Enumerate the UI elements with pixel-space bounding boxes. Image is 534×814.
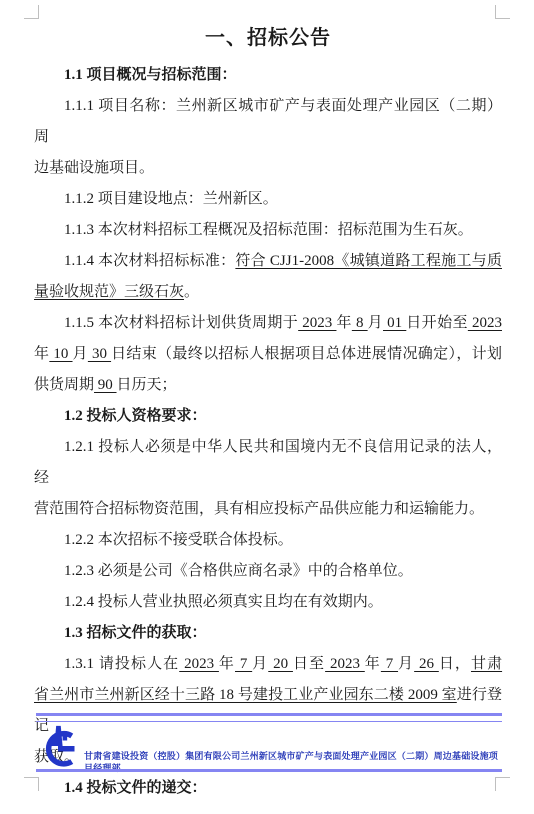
- text-segment: 日结束（最终以招标人根据项目总体进展情况确定），计划: [111, 346, 502, 362]
- underlined-text: 符合 CJJ1-2008《城镇道路工程施工与质: [235, 253, 502, 269]
- text-segment: 月: [398, 656, 414, 672]
- text-line: 供货周期 90 日历天；: [34, 370, 502, 401]
- underlined-text: 2023: [325, 656, 365, 672]
- section-heading: 1.2 投标人资格要求：: [34, 401, 502, 432]
- underlined-text: 01: [383, 315, 406, 331]
- underlined-text: 量验收规范》三级石灰: [34, 284, 184, 300]
- footer-top-divider: [36, 713, 502, 722]
- text-segment: 1.2.4 投标人营业执照必须真实且均在有效期内。: [64, 594, 383, 610]
- text-line: 1.2.2 本次招标不接受联合体投标。: [34, 525, 502, 556]
- text-line: 营范围符合招标物资范围，具有相应投标产品供应能力和运输能力。: [34, 494, 502, 525]
- text-segment: 日至: [293, 656, 325, 672]
- text-segment: 月: [73, 346, 88, 362]
- underlined-text: 省兰州市兰州新区经十三路 18 号建投工业产业园东二楼 2009 室: [34, 687, 457, 703]
- section-heading: 1.1 项目概况与招标范围：: [34, 60, 502, 91]
- section-heading: 1.4 投标文件的递交：: [34, 773, 502, 804]
- text-segment: 1.2.2 本次招标不接受联合体投标。: [64, 532, 293, 548]
- underlined-text: 90: [94, 377, 117, 393]
- text-segment: 边基础设施项目。: [34, 160, 154, 176]
- text-line: 1.1.1 项目名称：兰州新区城市矿产与表面处理产业园区（二期）周: [34, 91, 502, 153]
- text-segment: 供货周期: [34, 377, 94, 393]
- text-segment: 1.1.4 本次材料招标标准：: [64, 253, 235, 269]
- page-corner-mark-top-left: [24, 5, 39, 19]
- underlined-text: 26: [414, 656, 439, 672]
- text-line: 1.1 项目概况与招标范围：: [34, 60, 502, 91]
- text-segment: 1.4 投标文件的递交：: [64, 780, 207, 796]
- underlined-text: 甘肃: [471, 656, 502, 672]
- text-segment: 年: [34, 346, 49, 362]
- paragraph: 1.1.1 项目名称：兰州新区城市矿产与表面处理产业园区（二期）周边基础设施项目…: [34, 91, 502, 184]
- text-line: 1.3 招标文件的获取：: [34, 618, 502, 649]
- underlined-text: 7: [235, 656, 252, 672]
- text-segment: 日开始至: [406, 315, 468, 331]
- footer-bottom-divider: [36, 769, 502, 772]
- text-line: 年 10 月 30 日结束（最终以招标人根据项目总体进展情况确定），计划: [34, 339, 502, 370]
- text-segment: 1.2.1 投标人必须是中华人民共和国境内无不良信用记录的法人，经: [34, 439, 502, 486]
- text-segment: 。: [184, 284, 199, 300]
- text-line: 1.2.3 必须是公司《合格供应商名录》中的合格单位。: [34, 556, 502, 587]
- text-line: 1.1.4 本次材料招标标准：符合 CJJ1-2008《城镇道路工程施工与质: [34, 246, 502, 277]
- text-segment: 年: [219, 656, 235, 672]
- section-heading: 1.3 招标文件的获取：: [34, 618, 502, 649]
- page-title: 一、招标公告: [34, 20, 502, 56]
- text-line: 1.2 投标人资格要求：: [34, 401, 502, 432]
- text-segment: 年: [365, 656, 381, 672]
- text-segment: 1.1.1 项目名称：兰州新区城市矿产与表面处理产业园区（二期）周: [34, 98, 502, 145]
- text-segment: 1.2 投标人资格要求：: [64, 408, 207, 424]
- underlined-text: 2023: [468, 315, 502, 331]
- underlined-text: 2023: [298, 315, 336, 331]
- gansu-jiantou-logo: [36, 723, 80, 769]
- text-segment: 营范围符合招标物资范围，具有相应投标产品供应能力和运输能力。: [34, 501, 484, 517]
- text-line: 1.1.2 项目建设地点：兰州新区。: [34, 184, 502, 215]
- paragraph: 1.2.2 本次招标不接受联合体投标。: [34, 525, 502, 556]
- page-corner-mark-top-right: [495, 5, 510, 19]
- text-segment: 1.1.3 本次材料招标工程概况及招标范围：招标范围为生石灰。: [64, 222, 473, 238]
- text-segment: 1.3 招标文件的获取：: [64, 625, 207, 641]
- paragraph-container: 1.1 项目概况与招标范围：1.1.1 项目名称：兰州新区城市矿产与表面处理产业…: [34, 60, 502, 804]
- underlined-text: 2023: [179, 656, 219, 672]
- text-line: 省兰州市兰州新区经十三路 18 号建投工业产业园东二楼 2009 室进行登记: [34, 680, 502, 742]
- text-line: 量验收规范》三级石灰。: [34, 277, 502, 308]
- text-segment: 日，: [439, 656, 471, 672]
- text-segment: 1.1.5 本次材料招标计划供货周期于: [64, 315, 298, 331]
- text-line: 1.2.1 投标人必须是中华人民共和国境内无不良信用记录的法人，经: [34, 432, 502, 494]
- text-segment: 1.1 项目概况与招标范围：: [64, 67, 237, 83]
- underlined-text: 20: [268, 656, 293, 672]
- paragraph: 1.2.4 投标人营业执照必须真实且均在有效期内。: [34, 587, 502, 618]
- document-body: 一、招标公告 1.1 项目概况与招标范围：1.1.1 项目名称：兰州新区城市矿产…: [34, 20, 502, 804]
- text-line: 1.3.1 请投标人在 2023 年 7 月 20 日至 2023 年 7 月 …: [34, 649, 502, 680]
- text-segment: 1.3.1 请投标人在: [64, 656, 179, 672]
- underlined-text: 8: [352, 315, 368, 331]
- underlined-text: 30: [88, 346, 111, 362]
- text-segment: 月: [368, 315, 383, 331]
- text-line: 1.4 投标文件的递交：: [34, 773, 502, 804]
- text-segment: 1.2.3 必须是公司《合格供应商名录》中的合格单位。: [64, 563, 413, 579]
- paragraph: 1.2.1 投标人必须是中华人民共和国境内无不良信用记录的法人，经营范围符合招标…: [34, 432, 502, 525]
- paragraph: 1.1.3 本次材料招标工程概况及招标范围：招标范围为生石灰。: [34, 215, 502, 246]
- text-line: 1.1.5 本次材料招标计划供货周期于 2023 年 8 月 01 日开始至 2…: [34, 308, 502, 339]
- paragraph: 1.1.2 项目建设地点：兰州新区。: [34, 184, 502, 215]
- paragraph: 1.1.5 本次材料招标计划供货周期于 2023 年 8 月 01 日开始至 2…: [34, 308, 502, 401]
- text-segment: 1.1.2 项目建设地点：兰州新区。: [64, 191, 278, 207]
- underlined-text: 7: [381, 656, 398, 672]
- text-line: 边基础设施项目。: [34, 153, 502, 184]
- document-page: 一、招标公告 1.1 项目概况与招标范围：1.1.1 项目名称：兰州新区城市矿产…: [0, 0, 534, 814]
- text-segment: 年: [336, 315, 351, 331]
- text-segment: 月: [252, 656, 268, 672]
- text-line: 1.1.3 本次材料招标工程概况及招标范围：招标范围为生石灰。: [34, 215, 502, 246]
- text-line: 1.2.4 投标人营业执照必须真实且均在有效期内。: [34, 587, 502, 618]
- paragraph: 1.1.4 本次材料招标标准：符合 CJJ1-2008《城镇道路工程施工与质量验…: [34, 246, 502, 308]
- paragraph: 1.2.3 必须是公司《合格供应商名录》中的合格单位。: [34, 556, 502, 587]
- text-segment: 日历天；: [117, 377, 177, 393]
- underlined-text: 10: [49, 346, 72, 362]
